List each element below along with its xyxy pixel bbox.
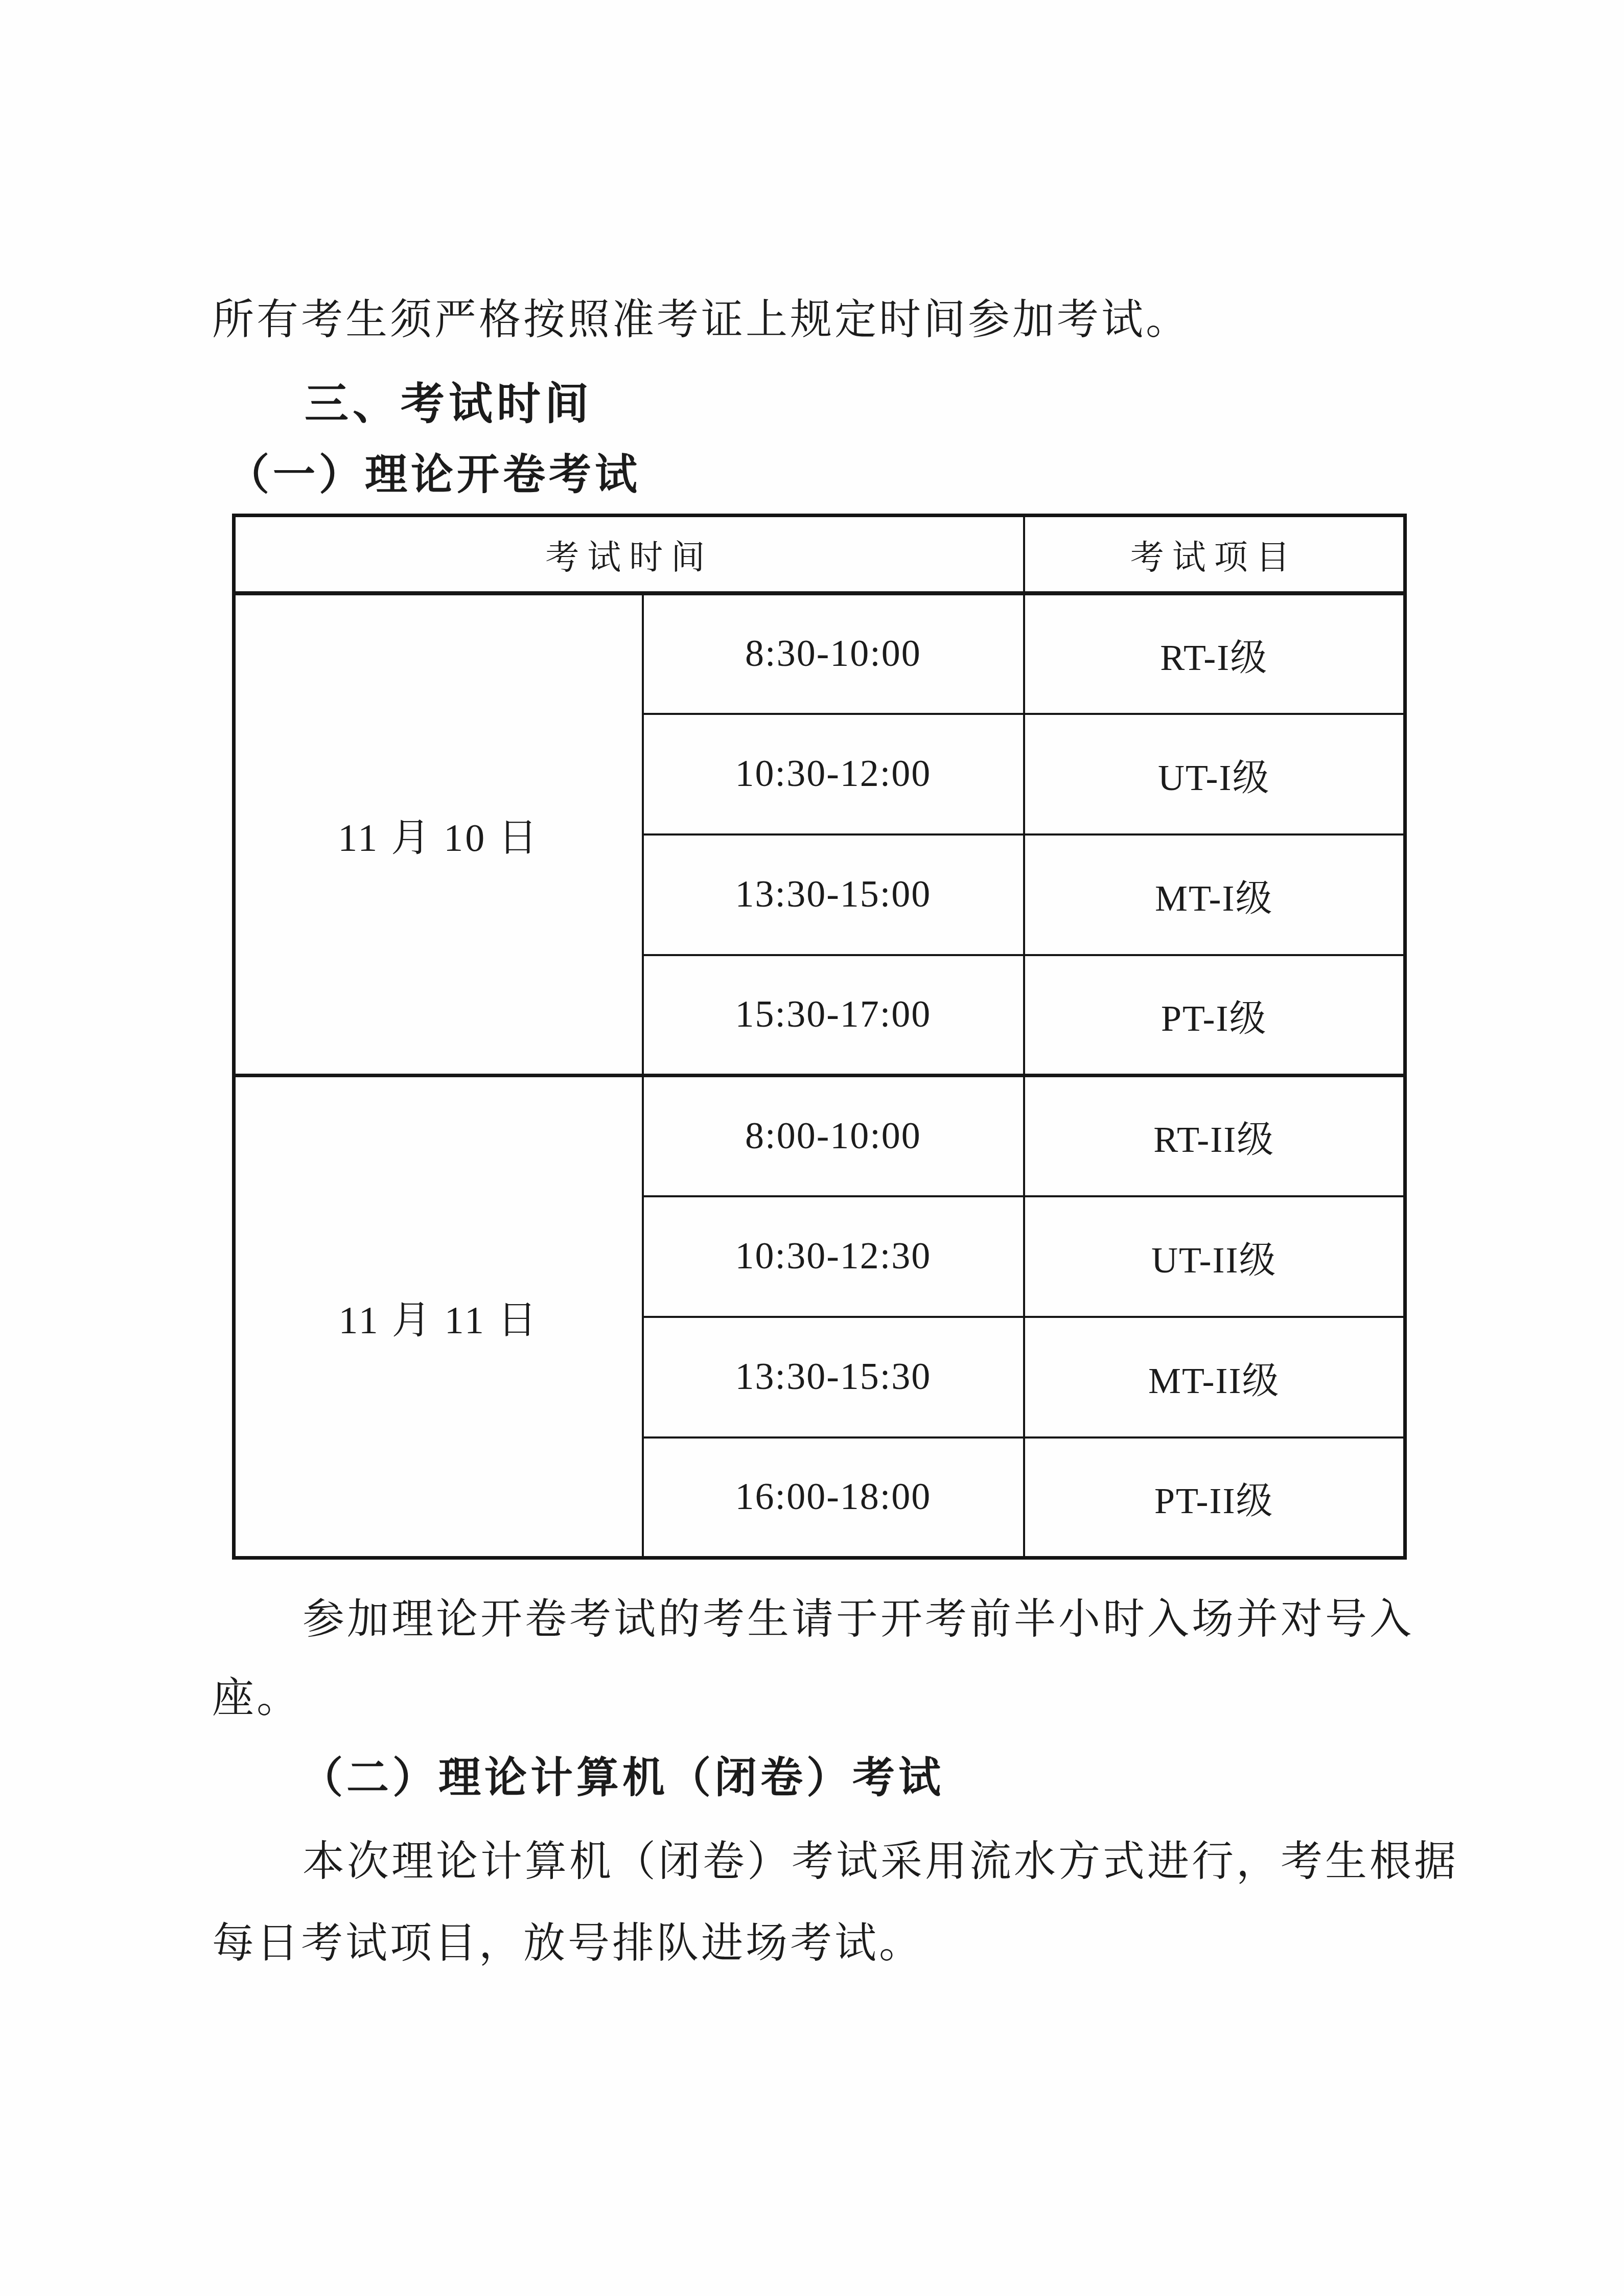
time-cell: 15:30-17:00 bbox=[643, 955, 1024, 1076]
subsection-heading-open-book-exam: （一）理论开卷考试 bbox=[227, 449, 641, 502]
document-page: 所有考生须严格按照准考证上规定时间参加考试。 三、考试时间 （一）理论开卷考试 … bbox=[0, 0, 1624, 2296]
note-paragraph-line-1: 参加理论开卷考试的考生请于开考前半小时入场并对号入 bbox=[303, 1593, 1414, 1646]
date-cell-nov-10: 11 月 10 日 bbox=[234, 593, 643, 1076]
time-cell: 10:30-12:00 bbox=[643, 714, 1024, 834]
table-row: 11 月 10 日 8:30-10:00 RT-I级 bbox=[234, 593, 1405, 714]
time-cell: 10:30-12:30 bbox=[643, 1196, 1024, 1317]
section-heading-exam-time: 三、考试时间 bbox=[305, 377, 593, 432]
time-cell: 8:00-10:00 bbox=[643, 1076, 1024, 1196]
intro-paragraph-line: 所有考生须严格按照准考证上规定时间参加考试。 bbox=[212, 294, 1190, 346]
project-cell: UT-II级 bbox=[1024, 1196, 1405, 1317]
project-cell: RT-I级 bbox=[1024, 593, 1405, 714]
table-header-row: 考试时间 考试项目 bbox=[234, 516, 1405, 593]
project-cell: PT-II级 bbox=[1024, 1437, 1405, 1558]
project-cell: UT-I级 bbox=[1024, 714, 1405, 834]
column-header-exam-project: 考试项目 bbox=[1024, 516, 1405, 593]
project-cell: PT-I级 bbox=[1024, 955, 1405, 1076]
closing-paragraph-line-2: 每日考试项目，放号排队进场考试。 bbox=[212, 1917, 923, 1970]
project-cell: MT-II级 bbox=[1024, 1317, 1405, 1437]
date-cell-nov-11: 11 月 11 日 bbox=[234, 1076, 643, 1558]
time-cell: 13:30-15:30 bbox=[643, 1317, 1024, 1437]
project-cell: MT-I级 bbox=[1024, 834, 1405, 955]
note-paragraph-line-2: 座。 bbox=[212, 1672, 301, 1725]
time-cell: 13:30-15:00 bbox=[643, 834, 1024, 955]
closing-paragraph-line-1: 本次理论计算机（闭卷）考试采用流水方式进行，考生根据 bbox=[303, 1836, 1458, 1888]
project-cell: RT-II级 bbox=[1024, 1076, 1405, 1196]
column-header-exam-time: 考试时间 bbox=[234, 516, 1024, 593]
time-cell: 16:00-18:00 bbox=[643, 1437, 1024, 1558]
time-cell: 8:30-10:00 bbox=[643, 593, 1024, 714]
exam-schedule-table: 考试时间 考试项目 11 月 10 日 8:30-10:00 RT-I级 10:… bbox=[232, 514, 1407, 1560]
subsection-heading-computer-closed-book-exam: （二）理论计算机（闭卷）考试 bbox=[300, 1752, 944, 1805]
table-row: 11 月 11 日 8:00-10:00 RT-II级 bbox=[234, 1076, 1405, 1196]
